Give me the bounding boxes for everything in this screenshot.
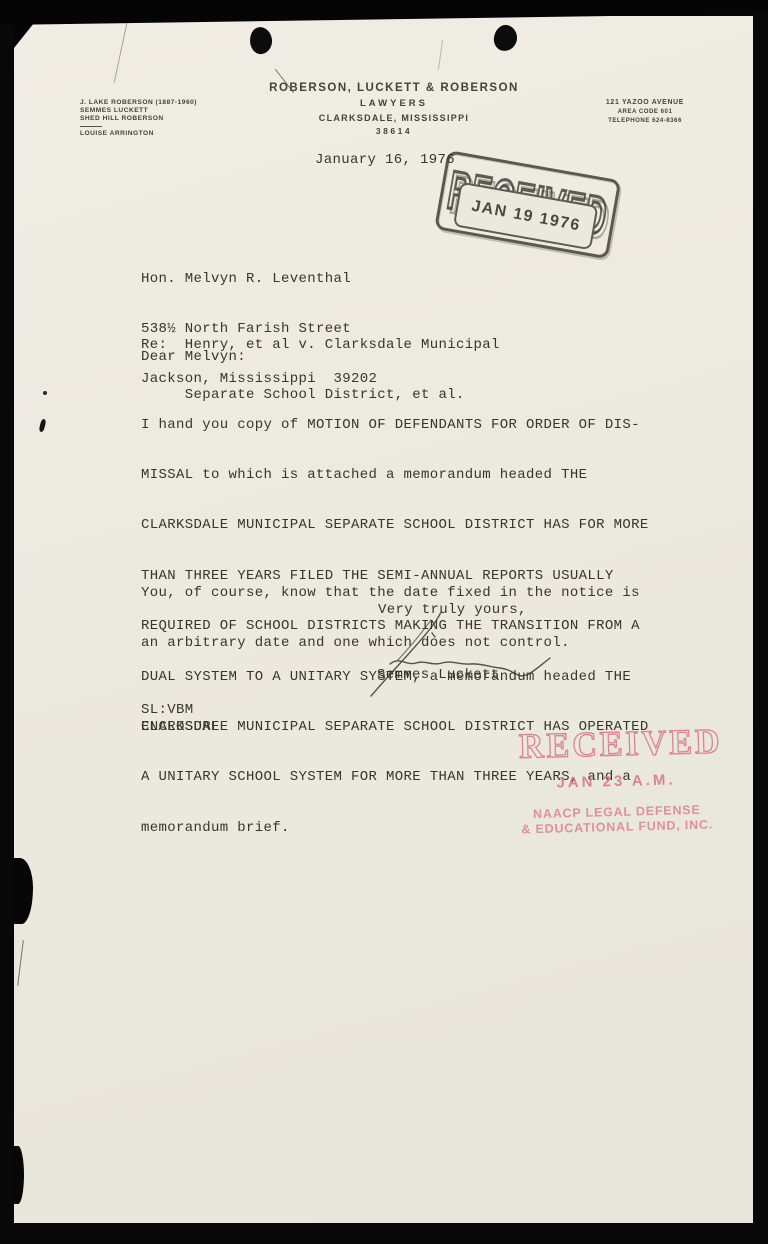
attorney-name: SEMMES LUCKETT (80, 107, 200, 115)
attorney-name: J. LAKE ROBERSON (1887-1960) (80, 99, 200, 107)
signer-typed-name: Semmes Luckett (377, 667, 500, 684)
red-stamp-title: RECEIVED (519, 723, 712, 768)
ink-dot (43, 391, 47, 395)
telephone: TELEPHONE 624-8366 (593, 117, 697, 124)
red-stamp-date: JAN 23 A.M. (520, 770, 712, 792)
salutation: Dear Melvyn: (141, 349, 246, 366)
letterhead-attorneys: J. LAKE ROBERSON (1887-1960) SEMMES LUCK… (80, 99, 200, 138)
reference-initials: SL:VBM (141, 702, 194, 719)
area-code: AREA CODE 601 (593, 108, 697, 115)
letterhead-divider (80, 126, 102, 127)
body-line: CLARKSDALE MUNICIPAL SEPARATE SCHOOL DIS… (141, 517, 649, 534)
firm-name: ROBERSON, LUCKETT & ROBERSON (254, 82, 534, 94)
scanned-letter: J. LAKE ROBERSON (1887-1960) SEMMES LUCK… (0, 0, 768, 1244)
handwritten-signature (355, 598, 565, 713)
recipient-name: Hon. Melvyn R. Leventhal (141, 271, 377, 288)
attorney-name: SHED HILL ROBERSON (80, 115, 200, 123)
stamp-date: JAN 19 1976 (470, 197, 582, 235)
body-line: I hand you copy of MOTION OF DEFENDANTS … (141, 417, 649, 434)
body-line: MISSAL to which is attached a memorandum… (141, 467, 649, 484)
associate-name: LOUISE ARRINGTON (80, 130, 200, 138)
received-stamp-red: RECEIVED JAN 23 A.M. NAACP LEGAL DEFENSE… (519, 724, 714, 838)
street-address: 121 YAZOO AVENUE (593, 99, 697, 106)
red-stamp-org: NAACP LEGAL DEFENSE & EDUCATIONAL FUND, … (521, 802, 714, 837)
received-stamp-black: RECEIVED RECEIVED JAN 19 1976 (434, 150, 621, 259)
firm-type: LAWYERS (254, 98, 534, 109)
letterhead-contact-block: 121 YAZOO AVENUE AREA CODE 601 TELEPHONE… (593, 99, 697, 124)
enclosure-note: ENCLOSURE (141, 719, 220, 736)
